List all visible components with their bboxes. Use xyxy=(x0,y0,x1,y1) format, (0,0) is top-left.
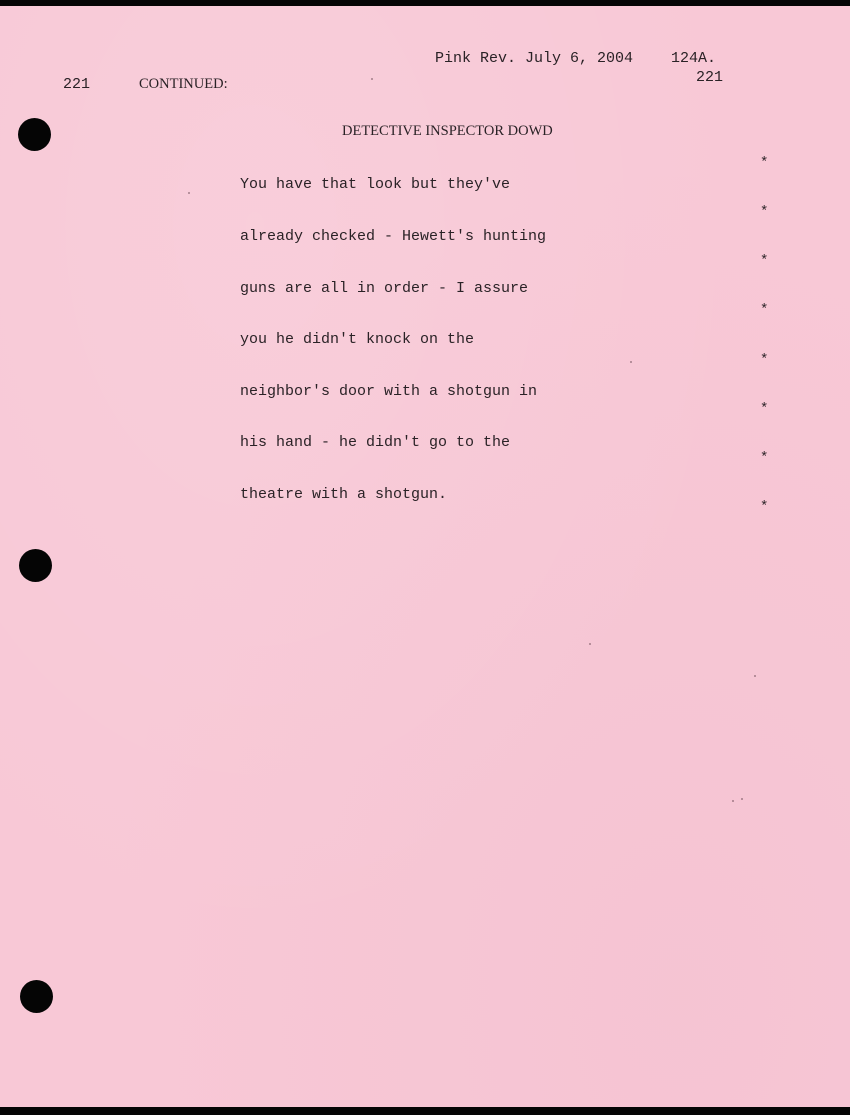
screenplay-page: Pink Rev. July 6, 2004 124A. 221 221 CON… xyxy=(0,6,850,1107)
dialogue-line: You have that look but they've xyxy=(240,176,546,193)
scan-border-bottom xyxy=(0,1107,850,1115)
continued-label: CONTINUED: xyxy=(139,76,228,93)
dialogue-line: his hand - he didn't go to the xyxy=(240,434,546,451)
dialogue-line: guns are all in order - I assure xyxy=(240,280,546,297)
scan-speck xyxy=(732,800,734,802)
revision-marks: * * * * * * * * xyxy=(760,122,794,548)
scene-number-left: 221 xyxy=(63,76,90,93)
hole-punch-top xyxy=(18,118,51,151)
character-name: DETECTIVE INSPECTOR DOWD xyxy=(342,123,553,140)
scene-number-right: 221 xyxy=(696,69,723,86)
revision-asterisk: * xyxy=(760,499,794,515)
scan-speck xyxy=(188,192,190,194)
dialogue-line: theatre with a shotgun. xyxy=(240,486,546,503)
hole-punch-middle xyxy=(19,549,52,582)
revision-asterisk: * xyxy=(760,352,794,368)
revision-asterisk: * xyxy=(760,450,794,466)
dialogue-block: You have that look but they've already c… xyxy=(240,142,546,538)
scan-speck xyxy=(371,78,373,80)
revision-asterisk: * xyxy=(760,155,794,171)
scan-speck xyxy=(754,675,756,677)
revision-asterisk: * xyxy=(760,401,794,417)
scan-speck xyxy=(741,798,743,800)
page-number: 124A. xyxy=(671,50,716,67)
dialogue-line: neighbor's door with a shotgun in xyxy=(240,383,546,400)
revision-asterisk: * xyxy=(760,204,794,220)
scan-speck xyxy=(589,643,591,645)
hole-punch-bottom xyxy=(20,980,53,1013)
dialogue-line: already checked - Hewett's hunting xyxy=(240,228,546,245)
scan-speck xyxy=(630,361,632,363)
revision-asterisk: * xyxy=(760,302,794,318)
revision-date: Pink Rev. July 6, 2004 xyxy=(435,50,633,67)
revision-asterisk: * xyxy=(760,253,794,269)
dialogue-line: you he didn't knock on the xyxy=(240,331,546,348)
